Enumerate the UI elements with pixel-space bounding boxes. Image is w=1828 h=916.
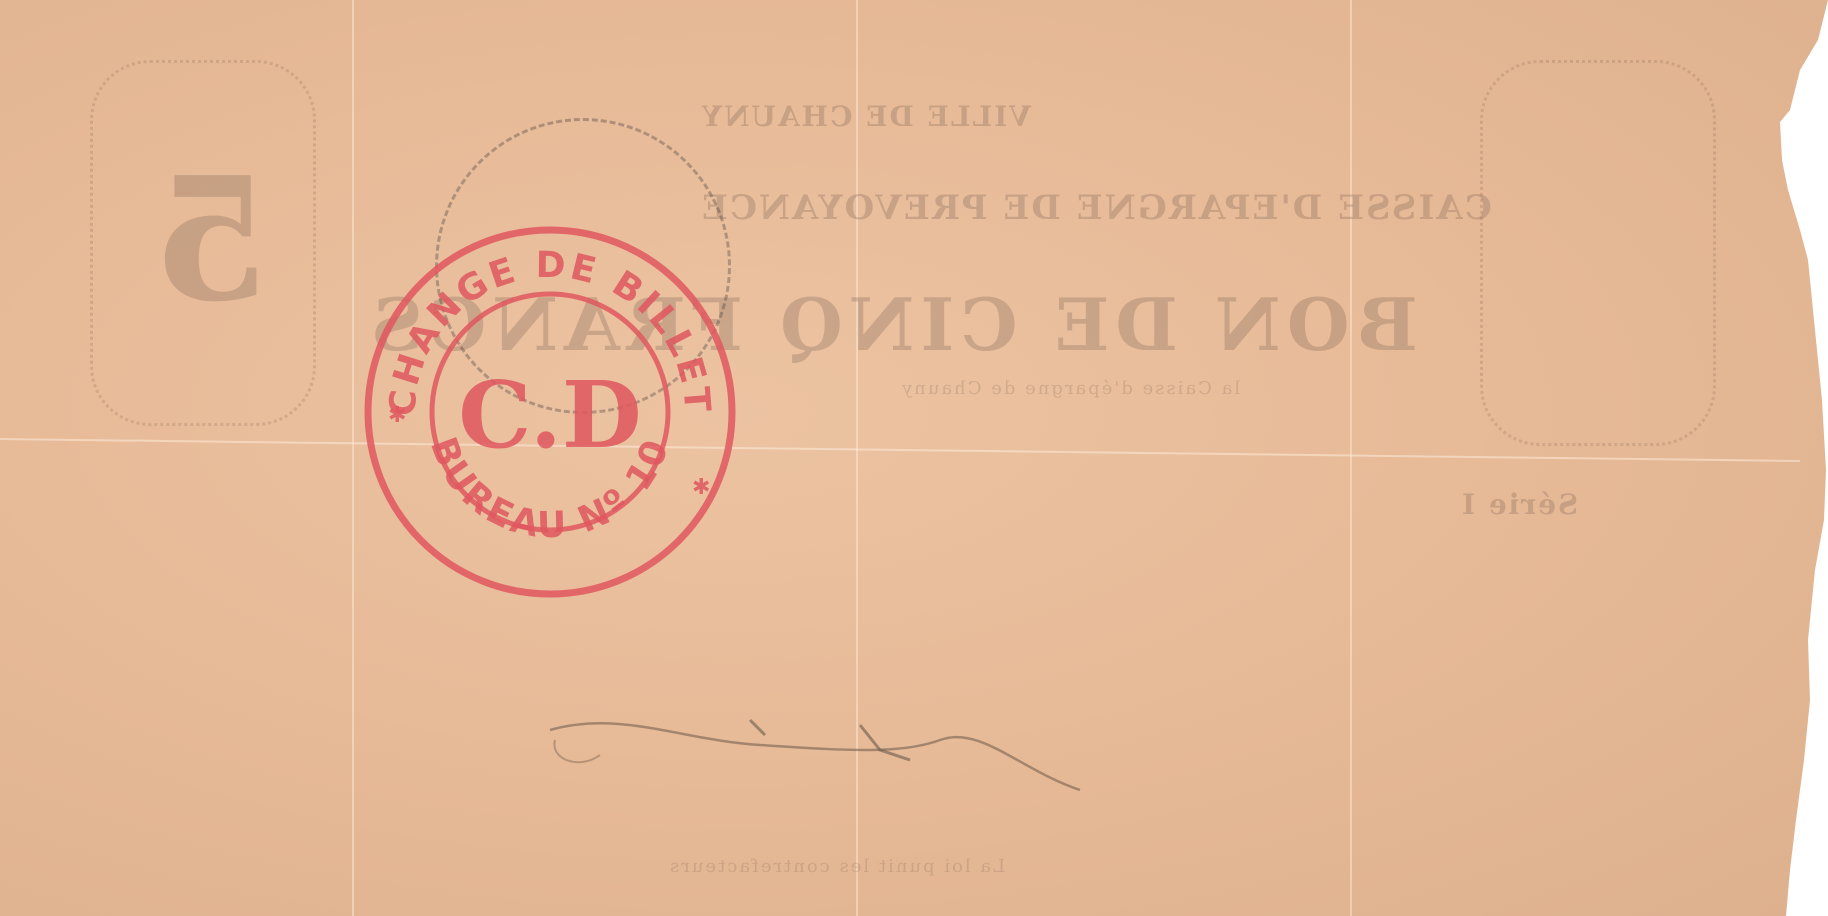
show-through-footer: La loi punit les contrefacteurs: [668, 856, 1005, 877]
fold-line: [1350, 0, 1352, 916]
svg-text:C.D: C.D: [458, 361, 641, 469]
red-exchange-stamp: ECHANGE DE BILLETS BUREAU Nº 10 ✱ ✱ C.D: [360, 222, 740, 602]
denomination-numeral: 5: [150, 140, 270, 340]
pencil-signature: [540, 700, 1100, 810]
fold-line: [352, 0, 354, 916]
banknote-paper: 5 VILLE DE CHAUNY CAISSE D'EPARGNE DE PR…: [0, 0, 1828, 916]
show-through-body: la Caisse d'épargne de Chauny: [900, 378, 1240, 399]
show-through-series: Série I: [1460, 488, 1578, 521]
show-through-institution: CAISSE D'EPARGNE DE PREVOYANCE: [700, 188, 1492, 228]
svg-text:✱: ✱: [692, 475, 710, 500]
show-through-title: VILLE DE CHAUNY: [700, 100, 1031, 133]
svg-text:✱: ✱: [388, 403, 406, 428]
right-ornament-frame: [1480, 60, 1716, 446]
